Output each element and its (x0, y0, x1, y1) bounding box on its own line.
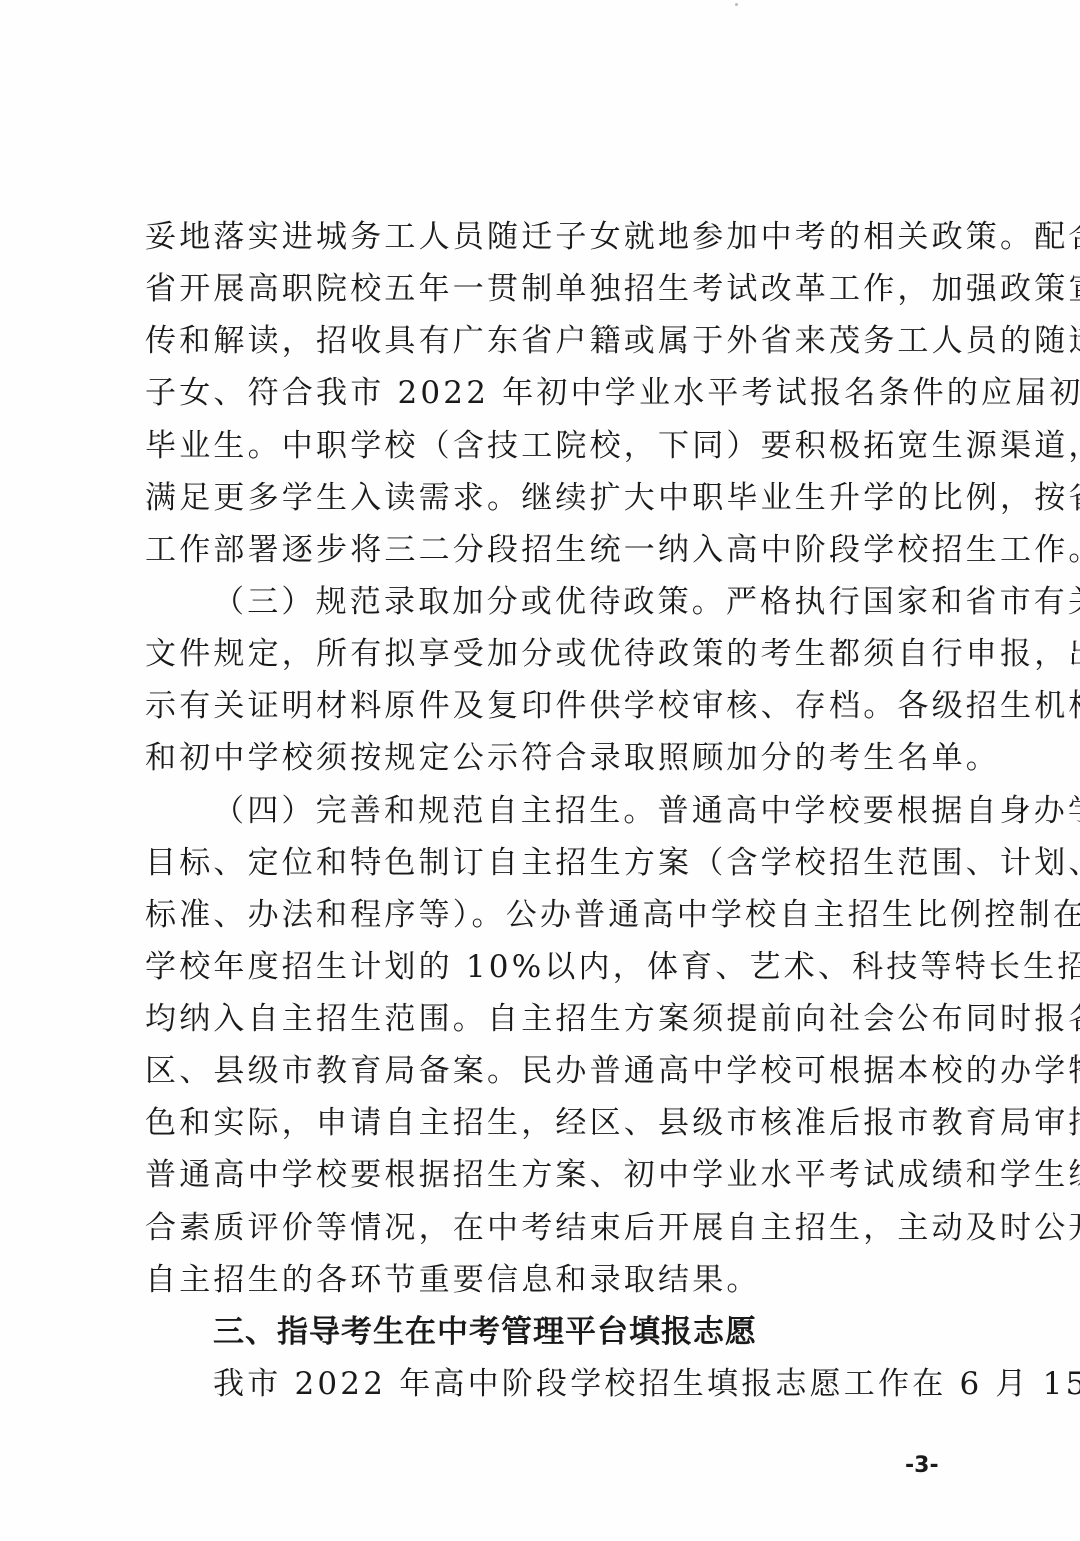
paragraph-line: 我市 2022 年高中阶段学校招生填报志愿工作在 6 月 15-19 (213, 1364, 947, 1404)
paragraph-line: 传和解读，招收具有广东省户籍或属于外省来茂务工人员的随迁 (145, 321, 947, 361)
section-4-first-line: （四）完善和规范自主招生。普通高中学校要根据自身办学 (213, 791, 947, 831)
paragraph-line: 满足更多学生入读需求。继续扩大中职毕业生升学的比例，按省 (145, 478, 947, 518)
paragraph-line: 毕业生。中职学校（含技工院校，下同）要积极拓宽生源渠道， (145, 426, 947, 466)
paragraph-line: 子女、符合我市 2022 年初中学业水平考试报名条件的应届初中 (145, 373, 947, 413)
paragraph-line: 和初中学校须按规定公示符合录取照顾加分的考生名单。 (145, 738, 947, 778)
document-page: 妥地落实进城务工人员随迁子女就地参加中考的相关政策。配合 省开展高职院校五年一贯… (0, 0, 1080, 1541)
paragraph-line: 省开展高职院校五年一贯制单独招生考试改革工作，加强政策宣 (145, 269, 947, 309)
page-number: -3- (905, 1453, 939, 1478)
paragraph-line: 自主招生的各环节重要信息和录取结果。 (145, 1260, 947, 1300)
paragraph-line: 均纳入自主招生范围。自主招生方案须提前向社会公布同时报各 (145, 999, 947, 1039)
paragraph-line: 文件规定，所有拟享受加分或优待政策的考生都须自行申报，出 (145, 634, 947, 674)
paragraph-line: 妥地落实进城务工人员随迁子女就地参加中考的相关政策。配合 (145, 217, 947, 257)
section-heading: 三、指导考生在中考管理平台填报志愿 (213, 1312, 947, 1352)
paragraph-line: 目标、定位和特色制订自主招生方案（含学校招生范围、计划、 (145, 843, 947, 883)
paragraph-line: 区、县级市教育局备案。民办普通高中学校可根据本校的办学特 (145, 1051, 947, 1091)
paragraph-line: 工作部署逐步将三二分段招生统一纳入高中阶段学校招生工作。 (145, 530, 947, 570)
paragraph-line: 标准、办法和程序等）。公办普通高中学校自主招生比例控制在 (145, 895, 947, 935)
paragraph-line: 合素质评价等情况，在中考结束后开展自主招生，主动及时公开 (145, 1208, 947, 1248)
scan-speck (735, 3, 738, 6)
section-3-first-line: （三）规范录取加分或优待政策。严格执行国家和省市有关 (213, 582, 947, 622)
paragraph-line: 色和实际，申请自主招生，经区、县级市核准后报市教育局审批。 (145, 1103, 947, 1143)
paragraph-line: 学校年度招生计划的 10%以内，体育、艺术、科技等特长生招生 (145, 947, 947, 987)
paragraph-line: 示有关证明材料原件及复印件供学校审核、存档。各级招生机构 (145, 686, 947, 726)
paragraph-line: 普通高中学校要根据招生方案、初中学业水平考试成绩和学生综 (145, 1155, 947, 1195)
